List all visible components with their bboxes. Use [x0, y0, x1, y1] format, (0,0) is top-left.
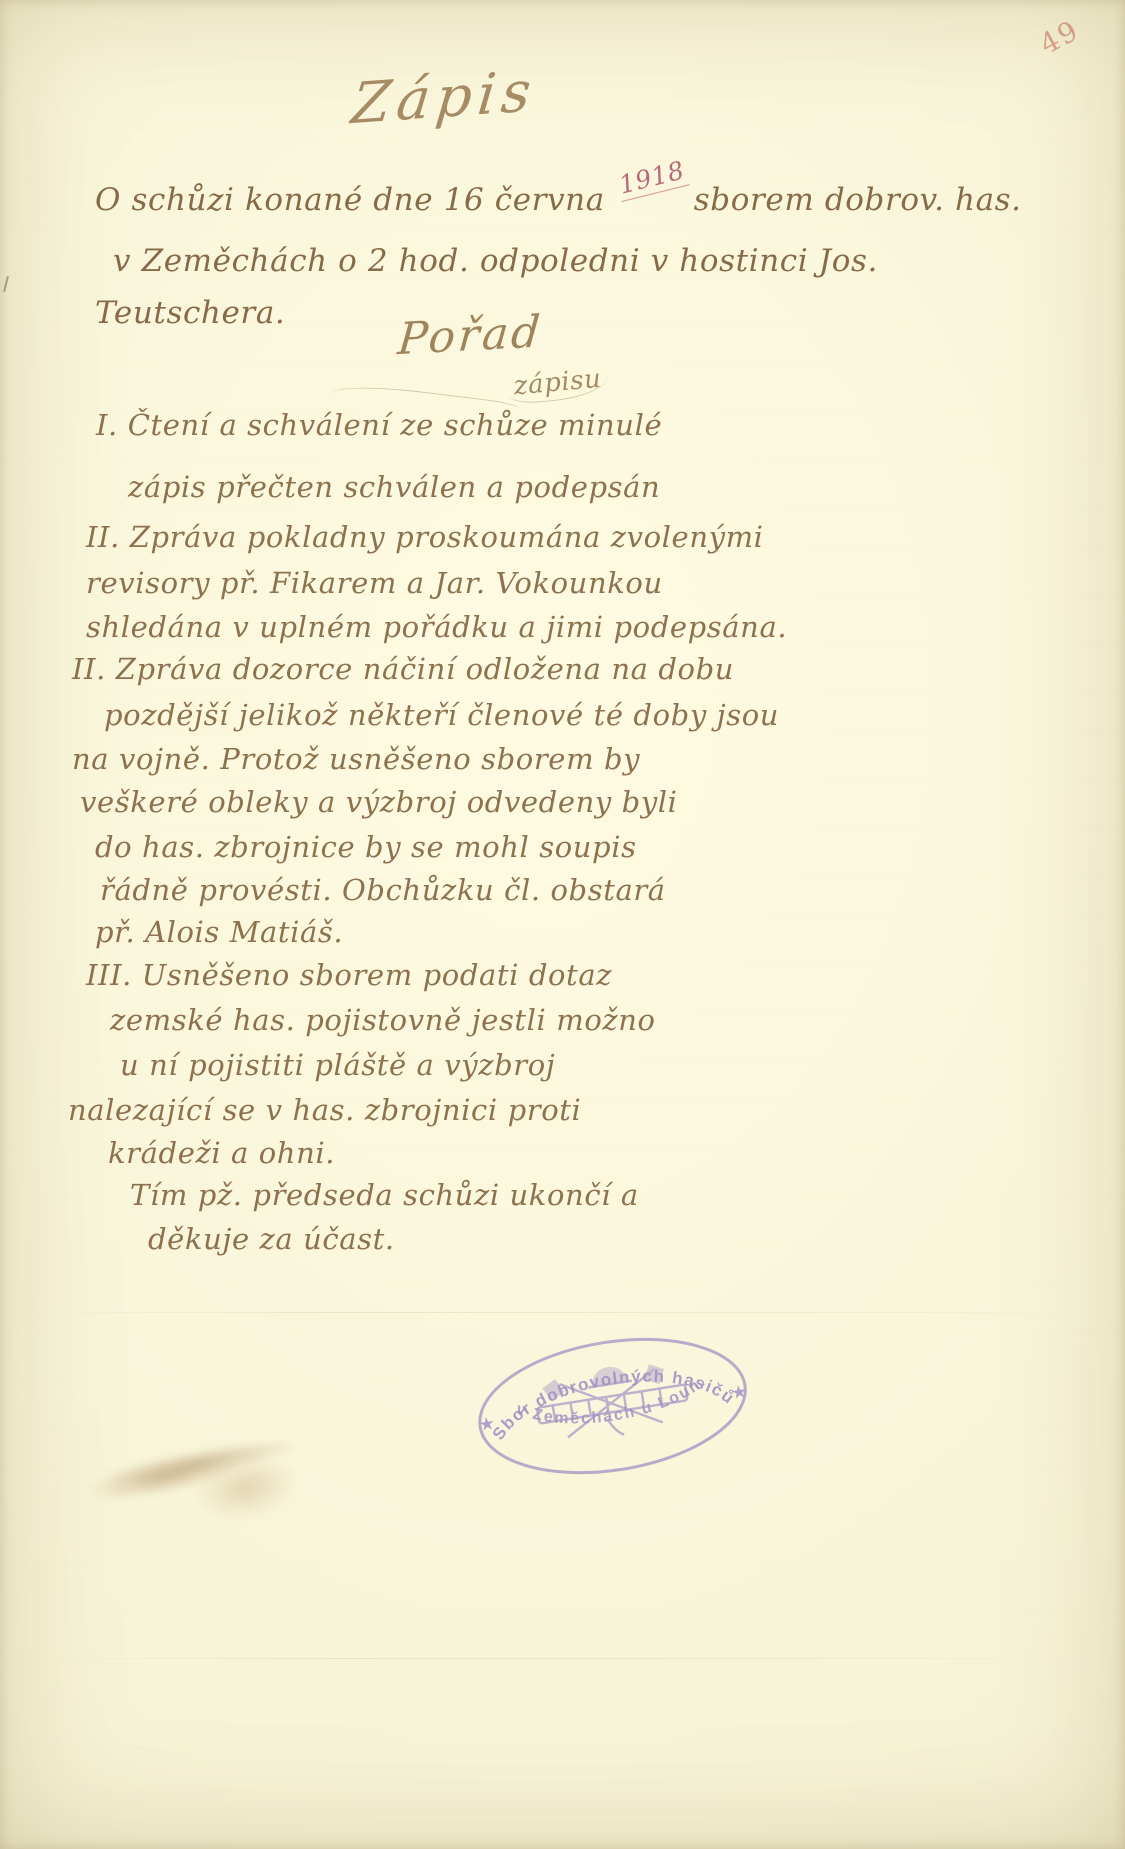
body-line: revisory př. Fikarem a Jar. Vokounkou	[86, 566, 663, 600]
agenda-heading: Pořad	[396, 306, 545, 365]
body-line: krádeži a ohni.	[108, 1136, 335, 1170]
intro-line-1-after: sborem dobrov. has.	[694, 182, 1022, 218]
body-line: do has. zbrojnice by se mohl soupis	[95, 830, 637, 864]
rubber-stamp: ★ ★ Sbor dobrovolných hasičů v Zeměchách…	[458, 1312, 768, 1506]
page-number-annotation: 49	[1034, 13, 1084, 61]
body-line: zemské has. pojistovně jestli možno	[110, 1003, 656, 1037]
stamp-top-text: Sbor dobrovolných hasičů	[482, 1350, 741, 1446]
body-line: II. Zpráva pokladny proskoumána zvoleným…	[86, 520, 764, 554]
paper-crease	[0, 1658, 1125, 1659]
body-line: veškeré obleky a výzbroj odvedeny byli	[80, 785, 678, 819]
body-line: na vojně. Protož usněšeno sborem by	[72, 742, 640, 776]
body-line: Tím pž. předseda schůzi ukončí a	[130, 1178, 639, 1212]
ink-smudge	[85, 1427, 349, 1569]
intro-line-1: O schůzi konané dne 16 června 1918 sbore…	[95, 182, 1022, 218]
margin-mark	[3, 276, 9, 292]
body-line: II. Zpráva dozorce náčiní odložena na do…	[72, 652, 734, 686]
body-line: řádně provésti. Obchůzku čl. obstará	[100, 873, 666, 907]
body-line: u ní pojistiti pláště a výzbroj	[120, 1048, 555, 1082]
stamp-border	[470, 1322, 755, 1490]
intro-line-2: v Zeměchách o 2 hod. odpoledni v hostinc…	[113, 243, 878, 279]
svg-text:Sbor dobrovolných hasičů: Sbor dobrovolných hasičů	[482, 1350, 741, 1446]
body-line: shledána v uplném pořádku a jimi podepsá…	[86, 610, 787, 644]
body-line: př. Alois Matiáš.	[95, 915, 343, 949]
page-title: Zápis	[349, 59, 540, 138]
body-line: děkuje za účast.	[148, 1222, 395, 1256]
intro-line-1-before: O schůzi konané dne 16 června	[95, 182, 605, 218]
body-line: pozdější jelikož někteří členové té doby…	[104, 698, 779, 732]
body-line: III. Usněšeno sborem podati dotaz	[86, 958, 612, 992]
body-line: I. Čtení a schválení ze schůze minulé	[96, 408, 662, 442]
year-insertion: 1918	[615, 155, 690, 202]
paper-crease	[0, 1312, 1125, 1313]
manuscript-page: 49 Zápis O schůzi konané dne 16 června 1…	[0, 0, 1125, 1849]
body-line: zápis přečten schválen a podepsán	[128, 470, 660, 504]
intro-line-3: Teutschera.	[95, 295, 285, 331]
body-line: nalezající se v has. zbrojnici proti	[68, 1093, 581, 1127]
agenda-inserted-word: zápisu	[507, 363, 609, 405]
